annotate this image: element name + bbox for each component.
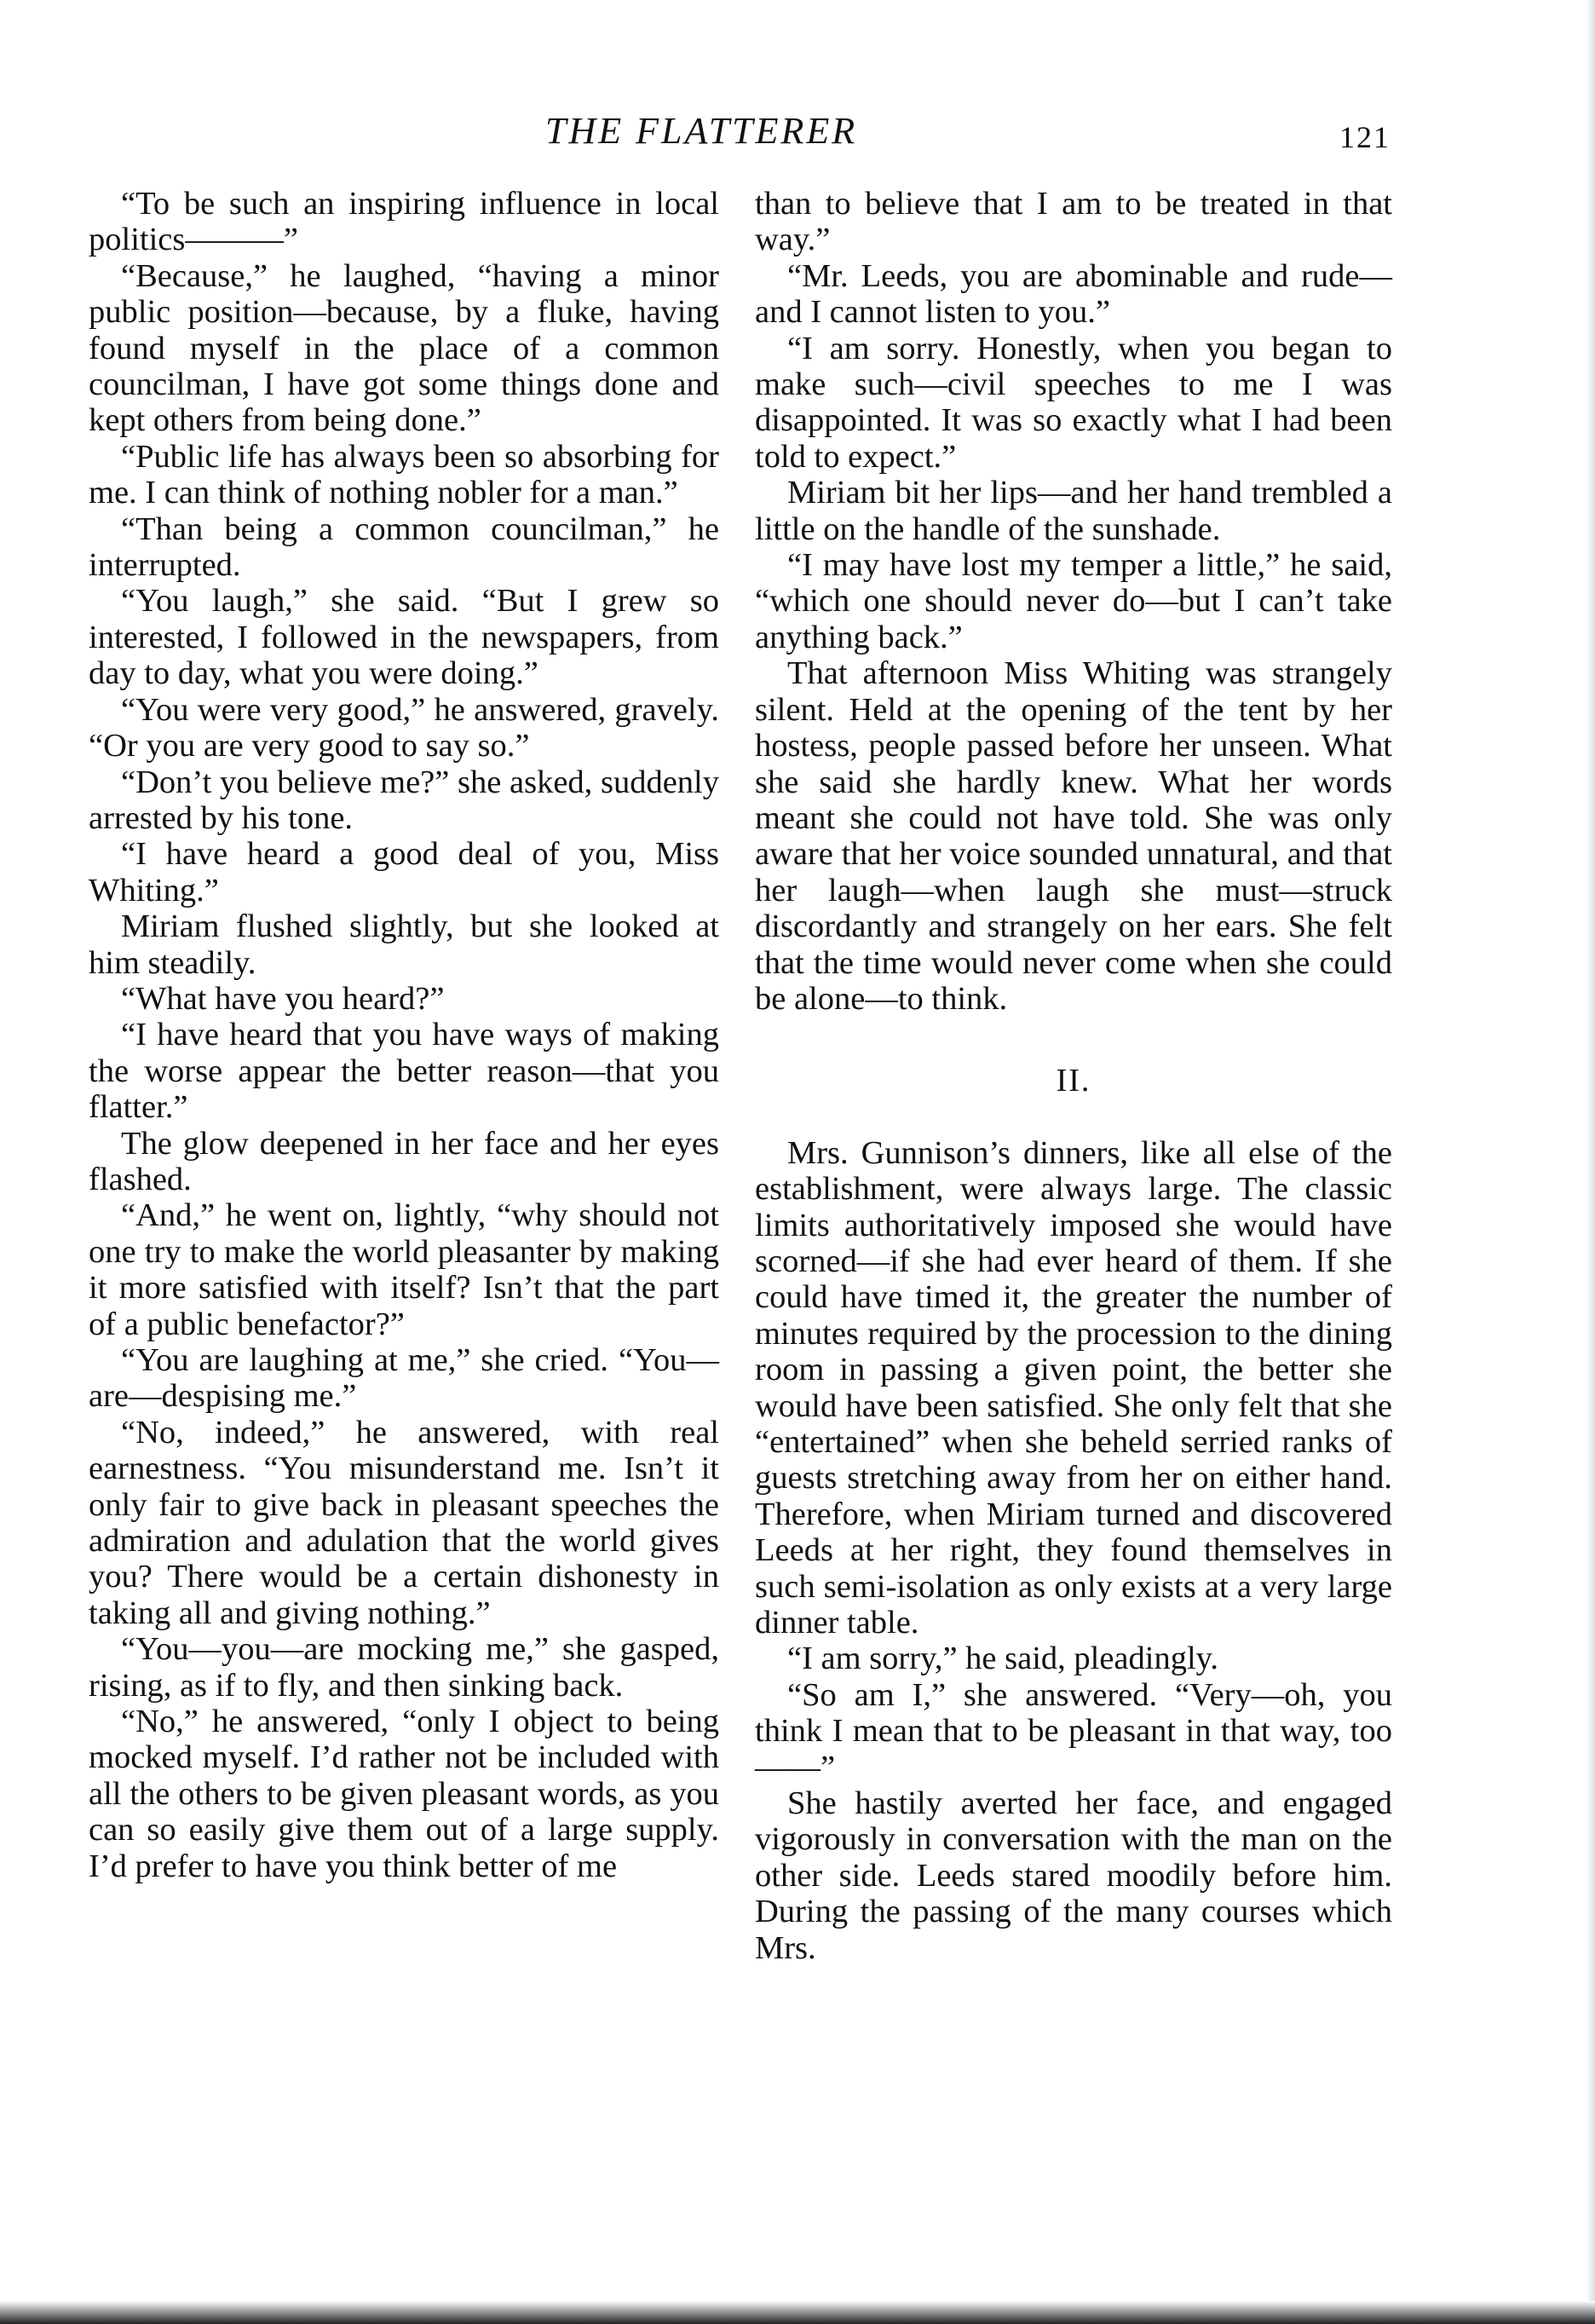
paragraph: “Mr. Leeds, you are abominable and rude—… (755, 258, 1392, 331)
paragraph: Miriam flushed slightly, but she looked … (89, 908, 719, 981)
paragraph: “Don’t you believe me?” she asked, sudde… (89, 764, 719, 837)
paragraph: “You laugh,” she said. “But I grew so in… (89, 583, 719, 691)
paragraph: “Because,” he laughed, “having a minor p… (89, 258, 719, 439)
left-column: “To be such an inspiring influence in lo… (89, 186, 719, 1884)
paragraph: “What have you heard?” (89, 981, 719, 1017)
paragraph: “Than being a common councilman,” he int… (89, 511, 719, 584)
paragraph: “You were very good,” he answered, grave… (89, 692, 719, 764)
paragraph: “And,” he went on, lightly, “why should … (89, 1197, 719, 1342)
running-head: THE FLATTERER 121 (0, 109, 1595, 160)
paragraph: “I have heard that you have ways of maki… (89, 1017, 719, 1125)
page-edge-shadow (1586, 0, 1595, 2324)
right-column: than to believe that I am to be treated … (755, 186, 1392, 1966)
paragraph: “To be such an inspiring influence in lo… (89, 186, 719, 258)
paragraph: than to believe that I am to be treated … (755, 186, 1392, 258)
paragraph: “No,” he answered, “only I object to bei… (89, 1704, 719, 1884)
page-number: 121 (1339, 119, 1391, 155)
paragraph: “I am sorry,” he said, pleadingly. (755, 1641, 1392, 1676)
paragraph: “No, indeed,” he answered, with real ear… (89, 1415, 719, 1631)
book-page: THE FLATTERER 121 “To be such an inspiri… (0, 0, 1595, 2324)
paragraph: “So am I,” she answered. “Very—oh, you t… (755, 1677, 1392, 1785)
paragraph: “I am sorry. Honestly, when you began to… (755, 331, 1392, 476)
paragraph: “Public life has always been so absorbin… (89, 439, 719, 511)
running-title: THE FLATTERER (545, 109, 857, 153)
paragraph: That afternoon Miss Whiting was strangel… (755, 655, 1392, 1017)
paragraph: “I may have lost my temper a little,” he… (755, 547, 1392, 655)
paragraph: She hastily averted her face, and engage… (755, 1785, 1392, 1966)
paragraph: “I have heard a good deal of you, Miss W… (89, 836, 719, 908)
paragraph: “You are laughing at me,” she cried. “Yo… (89, 1342, 719, 1415)
paragraph: The glow deepened in her face and her ey… (89, 1126, 719, 1198)
page-bottom-shadow (0, 2301, 1595, 2324)
paragraph: “You—you—are mocking me,” she gasped, ri… (89, 1631, 719, 1704)
paragraph: Mrs. Gunnison’s dinners, like all else o… (755, 1135, 1392, 1641)
section-heading: II. (755, 1063, 1392, 1099)
paragraph: Miriam bit her lips—and her hand tremble… (755, 475, 1392, 547)
